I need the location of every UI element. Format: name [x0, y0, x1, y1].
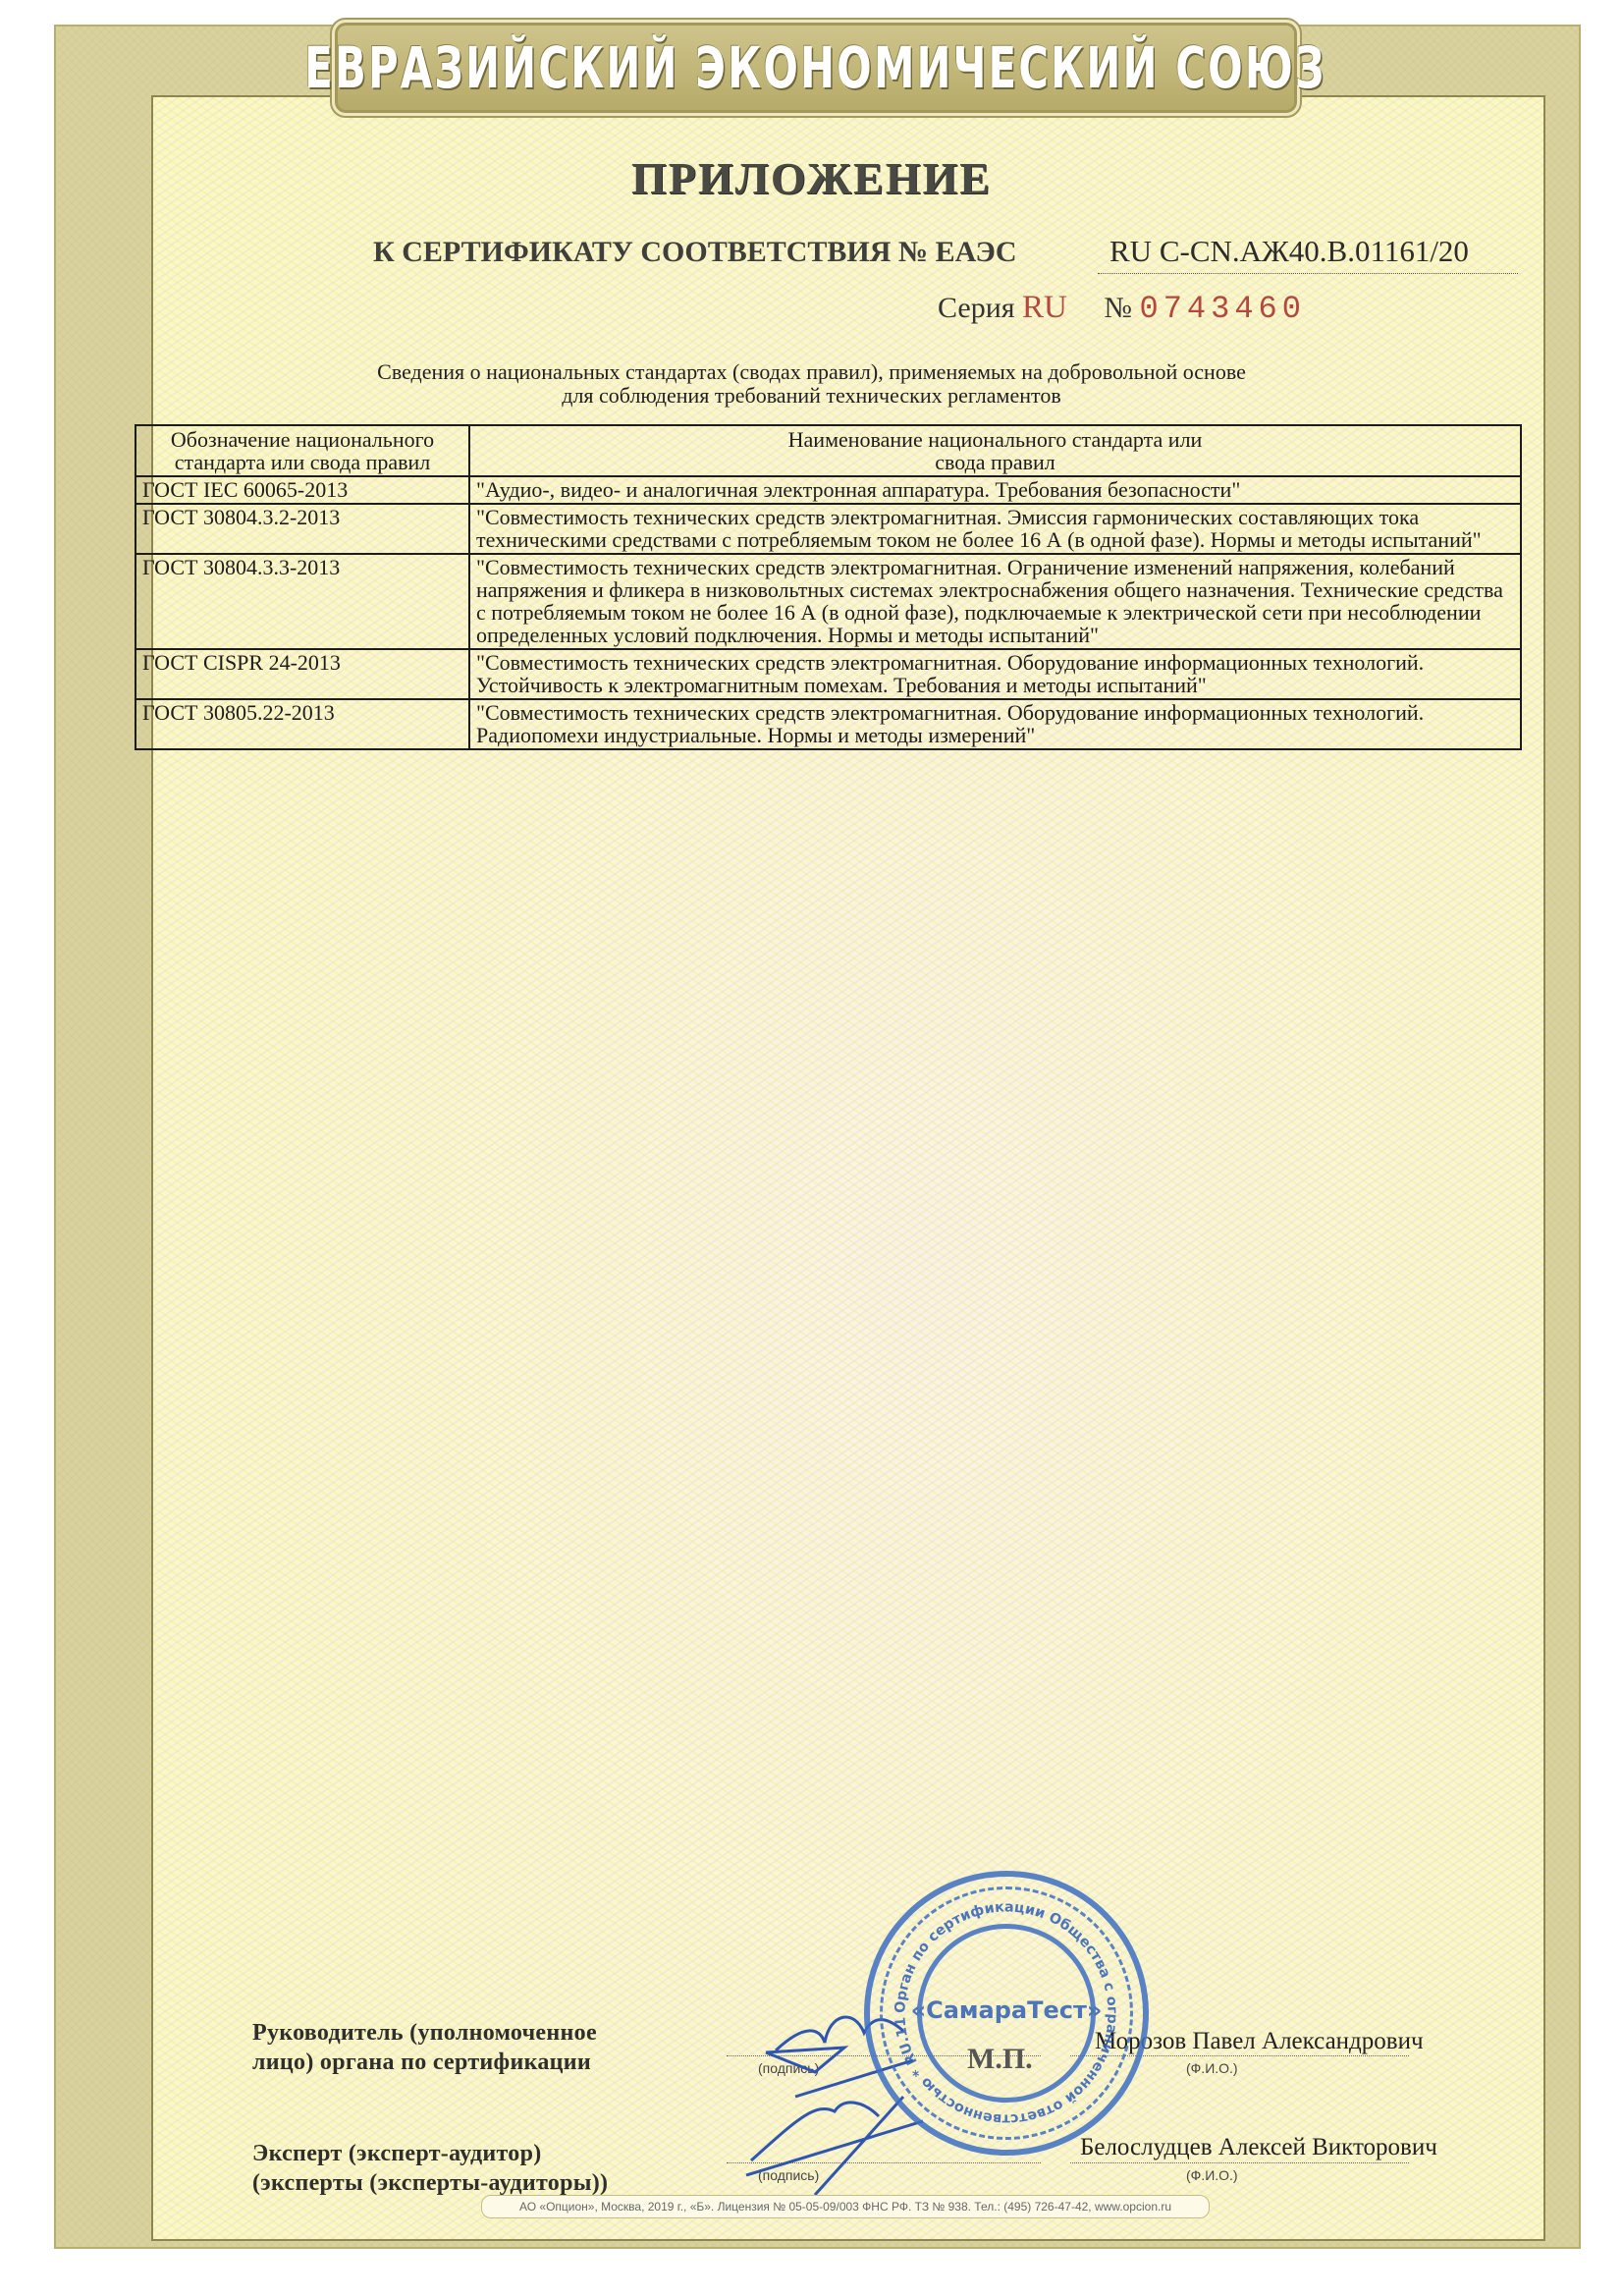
- head-fio-caption: (Ф.И.О.): [1186, 2060, 1238, 2076]
- page-title: ПРИЛОЖЕНИЕ: [0, 152, 1623, 204]
- expert-label-line-1: Эксперт (эксперт-аудитор): [252, 2139, 608, 2168]
- union-banner: ЕВРАЗИЙСКИЙ ЭКОНОМИЧЕСКИЙ СОЮЗ: [332, 20, 1300, 116]
- number-value: 0743460: [1140, 291, 1306, 327]
- expert-name-line: [1070, 2162, 1409, 2163]
- seal-stamp: Орган по сертификации Общества с огранич…: [864, 1871, 1149, 2156]
- certificate-number: RU C-CN.АЖ40.В.01161/20: [1109, 234, 1469, 269]
- series-line: Серия RU № 0743460: [938, 290, 1306, 327]
- standard-name: "Совместимость технических средств элект…: [469, 649, 1521, 699]
- standards-table: Обозначение национального стандарта или …: [135, 424, 1522, 750]
- stamp-center-text: «СамараТест»: [870, 1996, 1143, 2024]
- certificate-body: [151, 95, 1545, 2241]
- standard-code: ГОСТ CISPR 24-2013: [135, 649, 469, 699]
- certificate-border: [54, 25, 1581, 2249]
- expert-label-line-2: (эксперты (эксперты-аудиторы)): [252, 2168, 608, 2198]
- head-label-line-1: Руководитель (уполномоченное: [252, 2018, 597, 2048]
- series-value: RU: [1022, 290, 1067, 325]
- standard-code: ГОСТ 30805.22-2013: [135, 699, 469, 749]
- head-label-line-2: лицо) органа по сертификации: [252, 2048, 597, 2077]
- standard-code: ГОСТ 30804.3.2-2013: [135, 504, 469, 554]
- standard-name: "Совместимость технических средств элект…: [469, 554, 1521, 649]
- standard-code: ГОСТ IEC 60065-2013: [135, 476, 469, 504]
- intro-line-1: Сведения о национальных стандартах (свод…: [0, 360, 1623, 384]
- banner-text: ЕВРАЗИЙСКИЙ ЭКОНОМИЧЕСКИЙ СОЮЗ: [305, 34, 1326, 101]
- head-label: Руководитель (уполномоченное лицо) орган…: [252, 2018, 597, 2077]
- table-row: ГОСТ 30804.3.2-2013"Совместимость технич…: [135, 504, 1521, 554]
- standard-code: ГОСТ 30804.3.3-2013: [135, 554, 469, 649]
- series-label: Серия: [938, 292, 1015, 324]
- table-row: ГОСТ CISPR 24-2013"Совместимость техниче…: [135, 649, 1521, 699]
- standard-name: "Совместимость технических средств элект…: [469, 504, 1521, 554]
- table-row: ГОСТ 30805.22-2013"Совместимость техниче…: [135, 699, 1521, 749]
- certificate-number-underline: [1098, 273, 1518, 274]
- table-header-row: Обозначение национального стандарта или …: [135, 425, 1521, 476]
- table-row: ГОСТ IEC 60065-2013"Аудио-, видео- и ана…: [135, 476, 1521, 504]
- table-row: ГОСТ 30804.3.3-2013"Совместимость технич…: [135, 554, 1521, 649]
- expert-label: Эксперт (эксперт-аудитор) (эксперты (экс…: [252, 2139, 608, 2198]
- header-name: Наименование национального стандарта или…: [469, 425, 1521, 476]
- intro-line-2: для соблюдения требований технических ре…: [0, 384, 1623, 408]
- intro-text: Сведения о национальных стандартах (свод…: [0, 360, 1623, 408]
- standard-name: "Аудио-, видео- и аналогичная электронна…: [469, 476, 1521, 504]
- certificate-prefix: К СЕРТИФИКАТУ СООТВЕТСТВИЯ № ЕАЭС: [373, 236, 1017, 269]
- number-label: №: [1104, 292, 1132, 324]
- expert-fio-caption: (Ф.И.О.): [1186, 2167, 1238, 2183]
- standard-name: "Совместимость технических средств элект…: [469, 699, 1521, 749]
- header-code: Обозначение национального стандарта или …: [135, 425, 469, 476]
- printer-footer: АО «Опцион», Москва, 2019 г., «Б». Лицен…: [481, 2195, 1210, 2218]
